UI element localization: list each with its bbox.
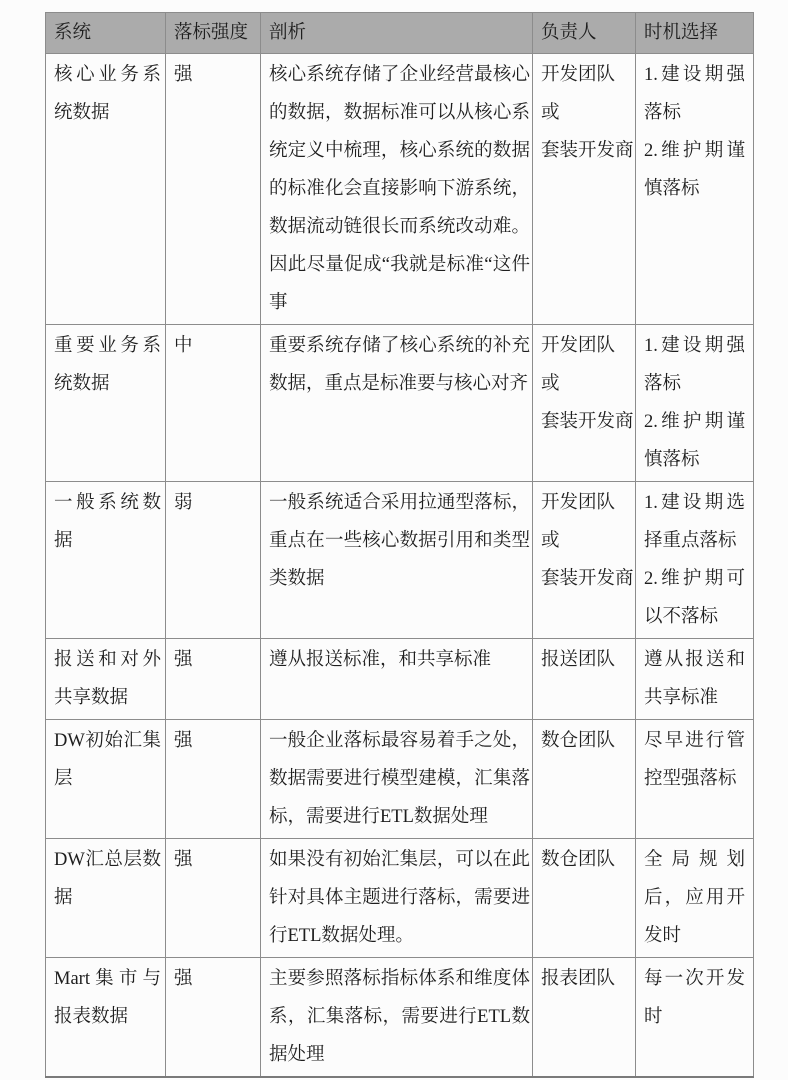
owner-cell: 开发团队 或 套装开发商 — [533, 54, 636, 325]
analysis-cell: 遵从报送标准，和共享标准 — [261, 639, 533, 720]
analysis-cell: 重要系统存储了核心系统的补充数据，重点是标准要与核心对齐 — [261, 325, 533, 482]
system-cell: Mart集市与报表数据 — [46, 958, 166, 1078]
owner-line: 或 — [541, 365, 635, 403]
table-row: DW初始汇集层 强 一般企业落标最容易着手之处，数据需要进行模型建模，汇集落标，… — [46, 720, 754, 839]
analysis-cell: 如果没有初始汇集层，可以在此针对具体主题进行落标，需要进行ETL数据处理。 — [261, 839, 533, 958]
table-row: 重要业务系统数据 中 重要系统存储了核心系统的补充数据，重点是标准要与核心对齐 … — [46, 325, 754, 482]
strength-cell: 强 — [166, 958, 261, 1078]
owner-line: 或 — [541, 94, 635, 132]
strength-cell: 强 — [166, 720, 261, 839]
system-text: DW初始汇集层 — [54, 722, 161, 798]
analysis-cell: 核心系统存储了企业经营最核心的数据，数据标准可以从核心系统定义中梳理，核心系统的… — [261, 54, 533, 325]
system-cell: 一般系统数据 — [46, 482, 166, 639]
owner-line: 报表团队 — [541, 960, 635, 998]
timing-cell: 遵从报送和共享标准 — [636, 639, 754, 720]
timing-item: 每一次开发时 — [644, 960, 745, 1036]
timing-cell: 1.建设期选择重点落标 2.维护期可以不落标 — [636, 482, 754, 639]
col-header-analysis: 剖析 — [261, 13, 533, 54]
owner-line: 开发团队 — [541, 56, 635, 94]
table-row: Mart集市与报表数据 强 主要参照落标指标体系和维度体系，汇集落标，需要进行E… — [46, 958, 754, 1078]
analysis-text: 核心系统存储了企业经营最核心的数据，数据标准可以从核心系统定义中梳理，核心系统的… — [269, 56, 530, 322]
system-cell: DW汇总层数据 — [46, 839, 166, 958]
timing-cell: 每一次开发时 — [636, 958, 754, 1078]
timing-item: 1.建设期选择重点落标 — [644, 484, 745, 560]
owner-line: 或 — [541, 522, 635, 560]
timing-cell: 1.建设期强落标 2.维护期谨慎落标 — [636, 54, 754, 325]
timing-item: 1.建设期强落标 — [644, 56, 745, 132]
standards-implementation-table: 系统 落标强度 剖析 负责人 时机选择 核心业务系统数据 强 核心系统存储了企业… — [45, 12, 754, 1078]
owner-line: 套装开发商 — [541, 403, 635, 441]
owner-line: 数仓团队 — [541, 841, 635, 879]
owner-cell: 数仓团队 — [533, 839, 636, 958]
owner-line: 开发团队 — [541, 484, 635, 522]
system-text: Mart集市与报表数据 — [54, 960, 161, 1036]
strength-cell: 弱 — [166, 482, 261, 639]
system-text: DW汇总层数据 — [54, 841, 161, 917]
owner-line: 数仓团队 — [541, 722, 635, 760]
analysis-text: 如果没有初始汇集层，可以在此针对具体主题进行落标，需要进行ETL数据处理。 — [269, 841, 530, 955]
owner-cell: 数仓团队 — [533, 720, 636, 839]
timing-item: 2.维护期谨慎落标 — [644, 132, 745, 208]
col-header-system: 系统 — [46, 13, 166, 54]
analysis-text: 一般系统适合采用拉通型落标，重点在一些核心数据引用和类型类数据 — [269, 484, 530, 598]
owner-line: 套装开发商 — [541, 132, 635, 170]
timing-item: 全局规划后，应用开发时 — [644, 841, 745, 955]
system-cell: 重要业务系统数据 — [46, 325, 166, 482]
table-row: 核心业务系统数据 强 核心系统存储了企业经营最核心的数据，数据标准可以从核心系统… — [46, 54, 754, 325]
owner-cell: 开发团队 或 套装开发商 — [533, 482, 636, 639]
document-page: 系统 落标强度 剖析 负责人 时机选择 核心业务系统数据 强 核心系统存储了企业… — [0, 0, 788, 1080]
system-text: 报送和对外共享数据 — [54, 641, 161, 717]
col-header-owner: 负责人 — [533, 13, 636, 54]
timing-item: 2.维护期可以不落标 — [644, 560, 745, 636]
system-text: 核心业务系统数据 — [54, 56, 161, 132]
owner-cell: 开发团队 或 套装开发商 — [533, 325, 636, 482]
system-text: 重要业务系统数据 — [54, 327, 161, 403]
system-cell: DW初始汇集层 — [46, 720, 166, 839]
system-cell: 报送和对外共享数据 — [46, 639, 166, 720]
strength-cell: 中 — [166, 325, 261, 482]
strength-cell: 强 — [166, 54, 261, 325]
table-row: 一般系统数据 弱 一般系统适合采用拉通型落标，重点在一些核心数据引用和类型类数据… — [46, 482, 754, 639]
table-row: 报送和对外共享数据 强 遵从报送标准，和共享标准 报送团队 遵从报送和共享标准 — [46, 639, 754, 720]
analysis-cell: 一般系统适合采用拉通型落标，重点在一些核心数据引用和类型类数据 — [261, 482, 533, 639]
analysis-cell: 主要参照落标指标体系和维度体系，汇集落标，需要进行ETL数据处理 — [261, 958, 533, 1078]
strength-cell: 强 — [166, 639, 261, 720]
system-cell: 核心业务系统数据 — [46, 54, 166, 325]
owner-cell: 报表团队 — [533, 958, 636, 1078]
owner-line: 报送团队 — [541, 641, 635, 679]
timing-item: 遵从报送和共享标准 — [644, 641, 745, 717]
analysis-cell: 一般企业落标最容易着手之处，数据需要进行模型建模，汇集落标，需要进行ETL数据处… — [261, 720, 533, 839]
analysis-text: 重要系统存储了核心系统的补充数据，重点是标准要与核心对齐 — [269, 327, 530, 403]
timing-item: 尽早进行管控型强落标 — [644, 722, 745, 798]
owner-line: 套装开发商 — [541, 560, 635, 598]
timing-item: 1.建设期强落标 — [644, 327, 745, 403]
analysis-text: 遵从报送标准，和共享标准 — [269, 641, 530, 679]
timing-cell: 尽早进行管控型强落标 — [636, 720, 754, 839]
owner-line: 开发团队 — [541, 327, 635, 365]
system-text: 一般系统数据 — [54, 484, 161, 560]
col-header-timing: 时机选择 — [636, 13, 754, 54]
analysis-text: 一般企业落标最容易着手之处，数据需要进行模型建模，汇集落标，需要进行ETL数据处… — [269, 722, 530, 836]
header-row: 系统 落标强度 剖析 负责人 时机选择 — [46, 13, 754, 54]
owner-cell: 报送团队 — [533, 639, 636, 720]
table-row: DW汇总层数据 强 如果没有初始汇集层，可以在此针对具体主题进行落标，需要进行E… — [46, 839, 754, 958]
timing-cell: 全局规划后，应用开发时 — [636, 839, 754, 958]
timing-item: 2.维护期谨慎落标 — [644, 403, 745, 479]
col-header-strength: 落标强度 — [166, 13, 261, 54]
strength-cell: 强 — [166, 839, 261, 958]
timing-cell: 1.建设期强落标 2.维护期谨慎落标 — [636, 325, 754, 482]
analysis-text: 主要参照落标指标体系和维度体系，汇集落标，需要进行ETL数据处理 — [269, 960, 530, 1074]
